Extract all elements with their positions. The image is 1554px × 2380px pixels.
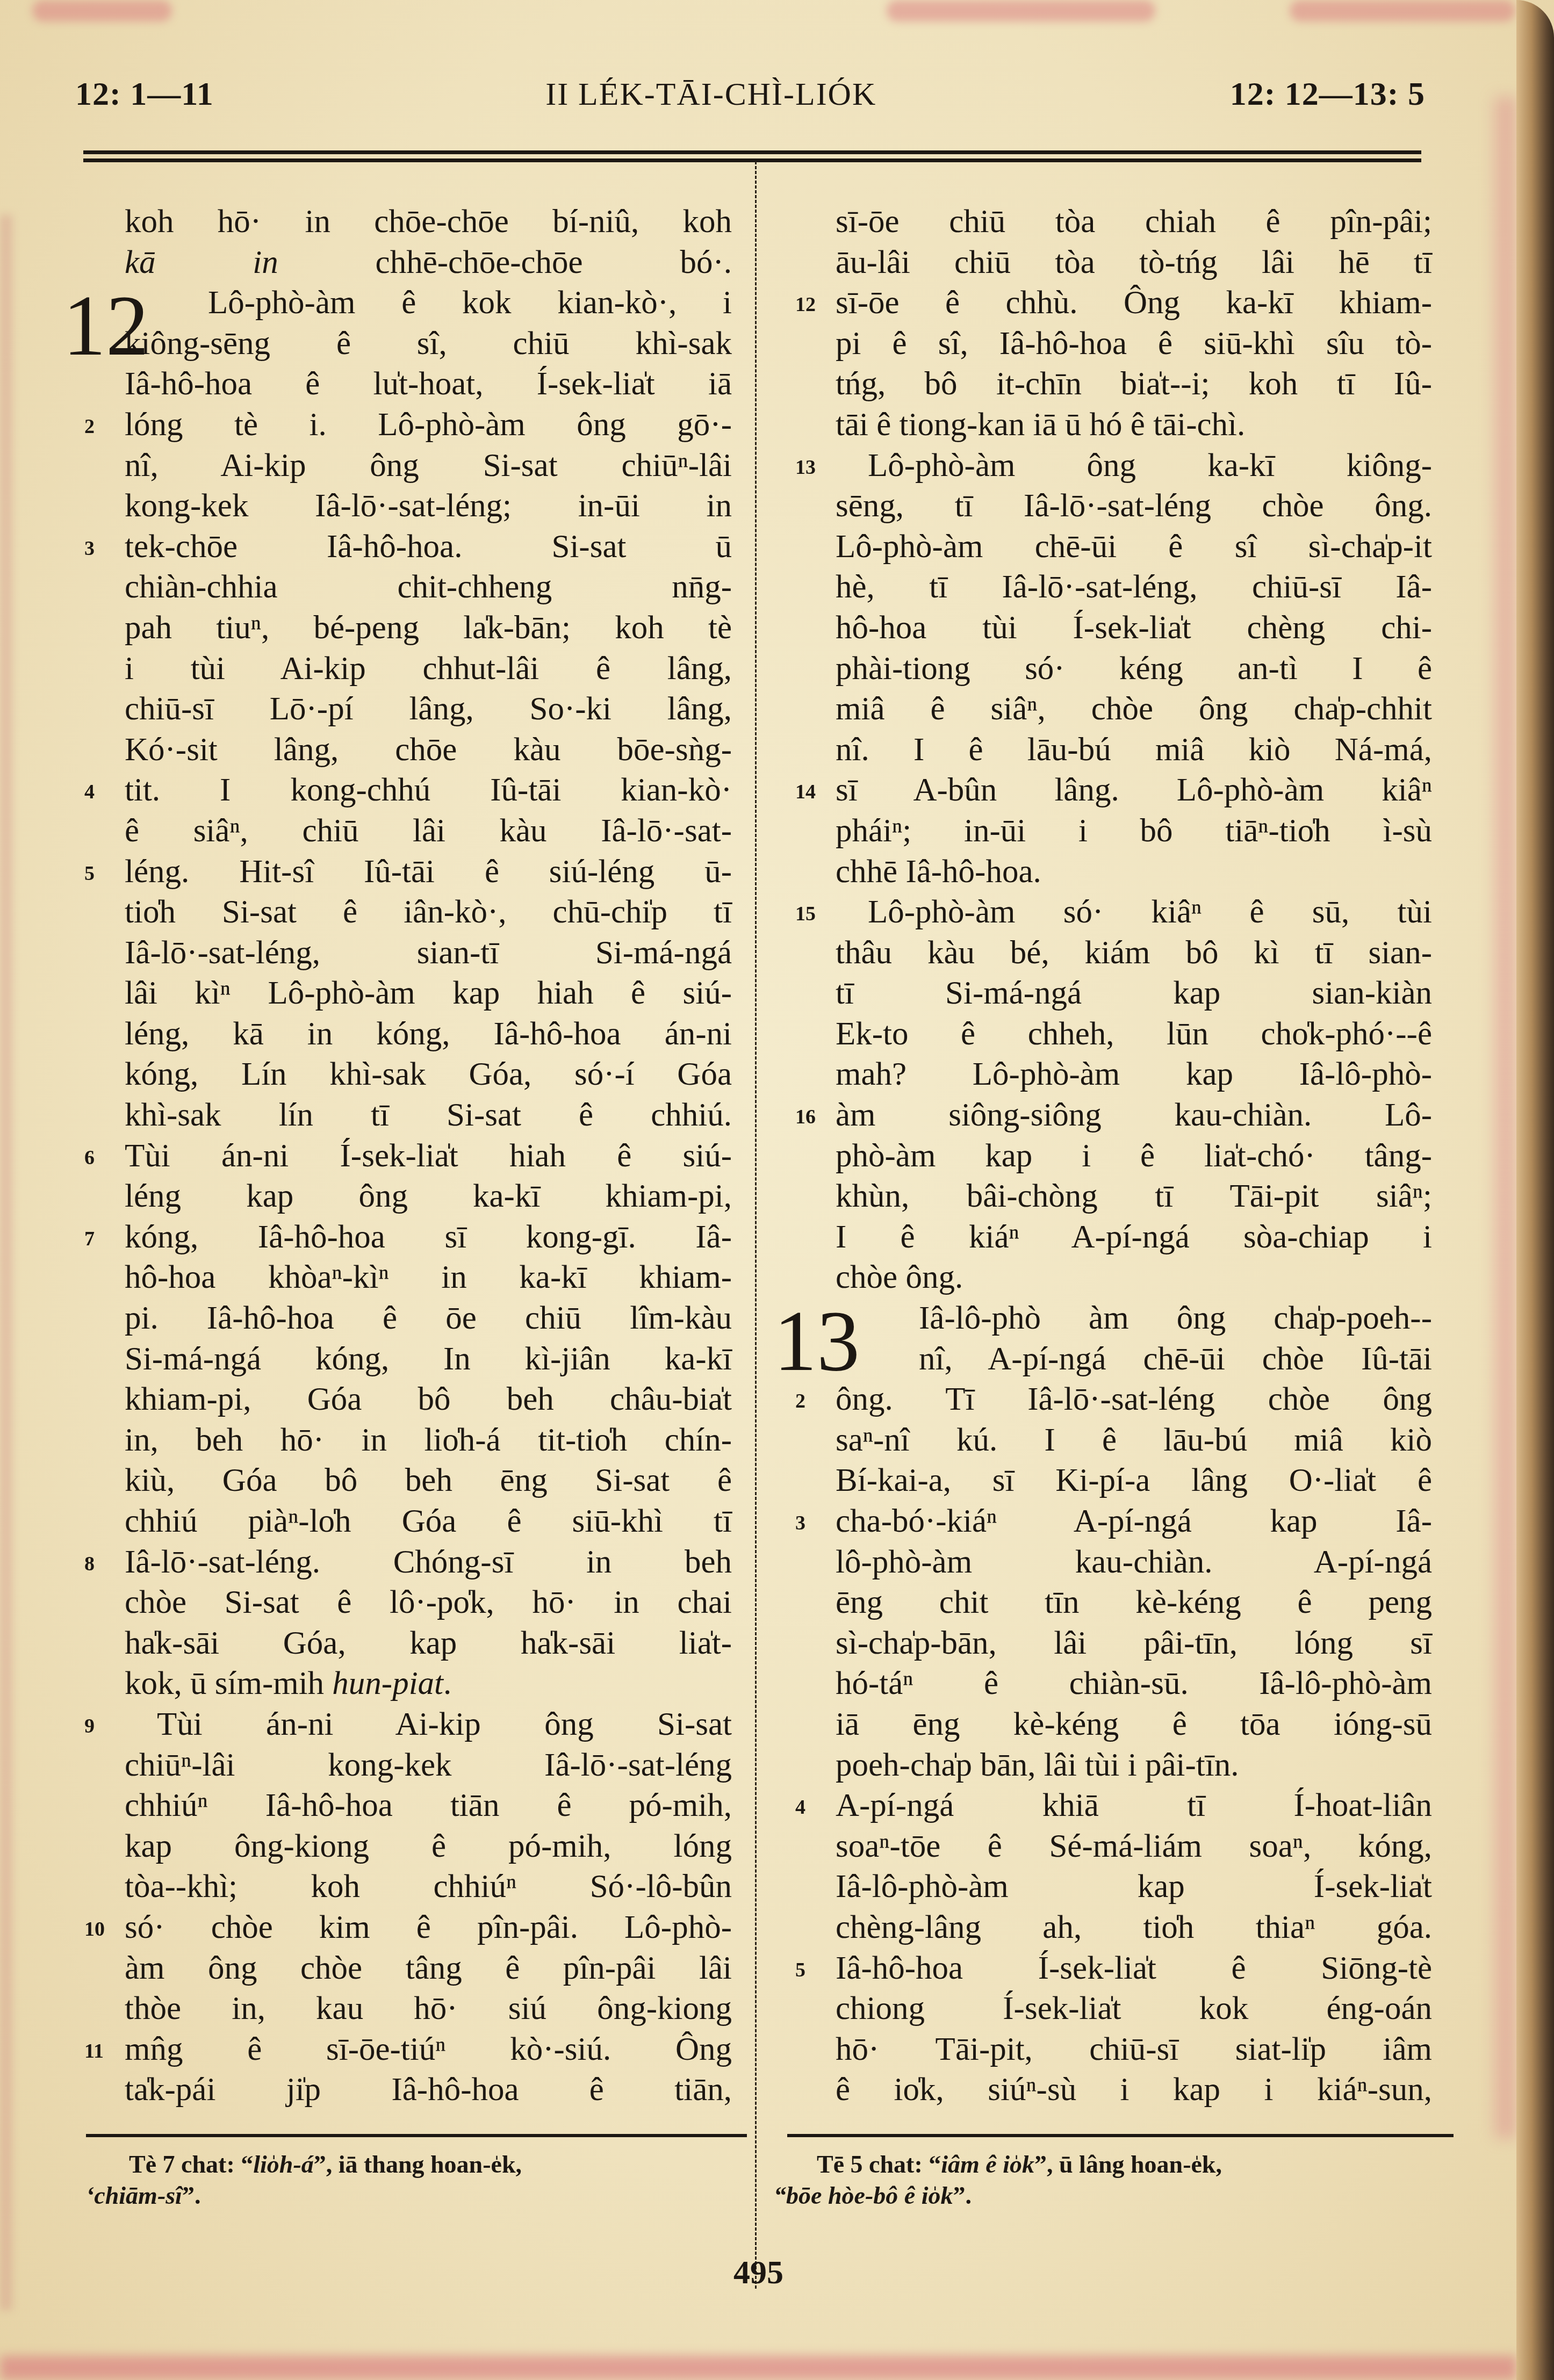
text-line: nî. I ê lāu-bú miâ kiò Ná-má, xyxy=(836,730,1432,770)
line-text: léng kap ông ka-kī khiam-pi, xyxy=(125,1178,732,1214)
text-line: 5léng. Hit-sî Iû-tāi ê siú-léng ū- xyxy=(125,852,732,892)
text-line: Ek-to ê chheh, lūn cho̍k-phó·--ê xyxy=(836,1014,1432,1055)
italic-text: kā in xyxy=(125,244,278,280)
line-text: kong-kek Iâ-lō·-sat-léng; in-ūi in xyxy=(125,488,732,524)
verse-number: 11 xyxy=(84,2031,104,2072)
line-text: iā ēng kè-kéng ê tōa ióng-sū xyxy=(836,1706,1432,1742)
text-line: I ê kiáⁿ A-pí-ngá sòa-chiap i xyxy=(836,1217,1432,1258)
line-text: ēng chit tīn kè-kéng ê peng xyxy=(836,1584,1432,1620)
text-line: sì-cha̍p-bān, lâi pâi-tīn, lóng sī xyxy=(836,1623,1432,1664)
line-text: sī A-bûn lâng. Lô-phò-àm kiâⁿ xyxy=(836,772,1432,808)
line-text: phò-àm kap i ê lia̍t-chó· tâng- xyxy=(836,1138,1432,1174)
text-line: Iâ-hô-hoa ê lu̍t-hoat, Í-sek-lia̍t iā xyxy=(125,364,732,405)
text-line: pháiⁿ; in-ūi i bô tiāⁿ-tio̍h ì-sù xyxy=(836,811,1432,852)
line-text: kóng, Iâ-hô-hoa sī kong-gī. Iâ- xyxy=(125,1219,732,1255)
line-text: chèng-lâng ah, tio̍h thiaⁿ góa. xyxy=(836,1909,1432,1945)
book-page: 12: 1—11 II LÉK-TĀI-CHÌ-LIÓK 12: 12—13: … xyxy=(0,0,1554,2380)
line-text: sēng, tī Iâ-lō·-sat-léng chòe ông. xyxy=(836,488,1432,524)
text-line: kong-kek Iâ-lō·-sat-léng; in-ūi in xyxy=(125,486,732,527)
text-line: hō· Tāi-pit, chiū-sī siat-li̍p iâm xyxy=(836,2029,1432,2070)
text-line: 8Iâ-lō·-sat-léng. Chóng-sī in beh xyxy=(125,1542,732,1583)
line-text: ê io̍k, siúⁿ-sù i kap i kiáⁿ-sun, xyxy=(836,2072,1432,2108)
verse-number: 14 xyxy=(795,772,816,813)
line-text: kiông-sēng ê sî, chiū khì-sak xyxy=(125,326,732,362)
text-line: kā in chhē-chōe-chōe bó·. xyxy=(125,242,732,283)
line-text: khùn, bâi-chòng tī Tāi-pit siâⁿ; xyxy=(836,1178,1432,1214)
verse-number: 7 xyxy=(84,1219,95,1260)
verse-number: 6 xyxy=(84,1138,95,1179)
line-text: kiù, Góa bô beh ēng Si-sat ê xyxy=(125,1462,732,1498)
line-text: pi. Iâ-hô-hoa ê ōe chiū lîm-kàu xyxy=(125,1300,732,1336)
text-line: 14sī A-bûn lâng. Lô-phò-àm kiâⁿ xyxy=(836,770,1432,811)
line-text: pah tiuⁿ, bé-peng la̍k-bān; koh tè xyxy=(125,610,732,646)
line-text: kok, ū sím-mih xyxy=(125,1665,332,1701)
text-line: iā ēng kè-kéng ê tōa ióng-sū xyxy=(836,1704,1432,1745)
text-line: 3cha-bó·-kiáⁿ A-pí-ngá kap Iâ- xyxy=(836,1501,1432,1542)
line-text: chiū-sī Lō·-pí lâng, So·-ki lâng, xyxy=(125,691,732,727)
line-text: tī Si-má-ngá kap sian-kiàn xyxy=(836,975,1432,1011)
line-text: phài-tiong só· kéng an-tì I ê xyxy=(836,651,1432,687)
text-line: tńg, bô it-chīn bia̍t--i; koh tī Iû- xyxy=(836,364,1432,405)
header-left-reference: 12: 1—11 xyxy=(75,75,214,113)
footnote-rule-right xyxy=(787,2134,1454,2137)
line-text: ta̍k-pái ji̍p Iâ-hô-hoa ê tiān, xyxy=(125,2072,732,2108)
line-text: i tùi Ai-kip chhut-lâi ê lâng, xyxy=(125,651,732,687)
left-text-column: koh hō· in chōe-chōe bí-niû, kohkā in ch… xyxy=(125,201,732,2110)
text-line: 4tit. I kong-chhú Iû-tāi kian-kò· xyxy=(125,770,732,811)
line-text: kóng, Lín khì-sak Góa, só·-í Góa xyxy=(125,1056,732,1092)
text-line: ê io̍k, siúⁿ-sù i kap i kiáⁿ-sun, xyxy=(836,2069,1432,2110)
text-line: lâi kìⁿ Lô-phò-àm kap hiah ê siú- xyxy=(125,973,732,1014)
line-text: kap ông-kiong ê pó-mih, lóng xyxy=(125,1828,732,1864)
footnote-italic-term: ‘chiām-sî xyxy=(86,2182,182,2209)
text-line: ha̍k-sāi Góa, kap ha̍k-sāi lia̍t- xyxy=(125,1623,732,1664)
text-line: saⁿ-nî kú. I ê lāu-bú miâ kiò xyxy=(836,1420,1432,1461)
text-line: nî, A-pí-ngá chē-ūi chòe Iû-tāi xyxy=(836,1339,1432,1380)
line-text: mah? Lô-phò-àm kap Iâ-lô-phò- xyxy=(836,1056,1432,1092)
verse-number: 8 xyxy=(84,1544,95,1585)
text-line: phò-àm kap i ê lia̍t-chó· tâng- xyxy=(836,1136,1432,1177)
text-line: 15Lô-phò-àm só· kiâⁿ ê sū, tùi xyxy=(836,892,1432,933)
line-text: nî, A-pí-ngá chē-ūi chòe Iû-tāi xyxy=(919,1341,1432,1377)
text-line: pi ê sî, Iâ-hô-hoa ê siū-khì sîu tò- xyxy=(836,323,1432,364)
text-line: hô-hoa tùi Í-sek-lia̍t chèng chi- xyxy=(836,608,1432,648)
line-text: Lô-phò-àm ê kok kian-kò·, i xyxy=(208,285,732,321)
text-line: Iâ-lō·-sat-léng, sian-tī Si-má-ngá xyxy=(125,933,732,973)
text-line: 13Lô-phò-àm ông ka-kī kiông- xyxy=(836,445,1432,486)
text-line: thòe in, kau hō· siú ông-kiong xyxy=(125,1988,732,2029)
footnote-text: ”. xyxy=(953,2182,972,2209)
text-line: Bí-kai-a, sī Ki-pí-a lâng O·-lia̍t ê xyxy=(836,1460,1432,1501)
footnote-text: ”, iā thang hoan-e̍k, xyxy=(314,2151,522,2178)
line-text: in, beh hō· in lio̍h-á tit-tio̍h chín- xyxy=(125,1422,732,1458)
line-text: Bí-kai-a, sī Ki-pí-a lâng O·-lia̍t ê xyxy=(836,1462,1432,1498)
verse-number: 9 xyxy=(84,1706,95,1747)
footnote-text: ”. xyxy=(182,2182,201,2209)
footnote-text: ”, ū lâng hoan-e̍k, xyxy=(1034,2151,1222,2178)
verse-number: 5 xyxy=(84,854,95,895)
footnote-left: Tè 7 chat: “lio̍h-á”, iā thang hoan-e̍k,… xyxy=(86,2149,747,2211)
page-edge-stain-bottom xyxy=(0,2356,1516,2380)
text-line: hô-hoa khòaⁿ-kìⁿ in ka-kī khiam- xyxy=(125,1257,732,1298)
line-text: chiūⁿ-lâi kong-kek Iâ-lō·-sat-léng xyxy=(125,1747,732,1783)
verse-number: 2 xyxy=(84,407,95,448)
text-line: Si-má-ngá kóng, In kì-jiân ka-kī xyxy=(125,1339,732,1380)
line-text: tit. I kong-chhú Iû-tāi kian-kò· xyxy=(125,772,732,808)
text-line: tio̍h Si-sat ê iân-kò·, chū-chi̍p tī xyxy=(125,892,732,933)
page-edge-stain-top-left xyxy=(32,0,172,21)
verse-number: 5 xyxy=(795,1950,805,1991)
text-line: soaⁿ-tōe ê Sé-má-liám soaⁿ, kóng, xyxy=(836,1826,1432,1867)
text-line: mah? Lô-phò-àm kap Iâ-lô-phò- xyxy=(836,1054,1432,1095)
text-line: léng, kā in kóng, Iâ-hô-hoa án-ni xyxy=(125,1014,732,1055)
text-line: phài-tiong só· kéng an-tì I ê xyxy=(836,648,1432,689)
text-line: 7kóng, Iâ-hô-hoa sī kong-gī. Iâ- xyxy=(125,1217,732,1258)
text-line: 9Tùi án-ni Ai-kip ông Si-sat xyxy=(125,1704,732,1745)
verse-number: 15 xyxy=(795,894,816,935)
line-text: hó-táⁿ ê chiàn-sū. Iâ-lô-phò-àm xyxy=(836,1665,1432,1701)
text-line: i tùi Ai-kip chhut-lâi ê lâng, xyxy=(125,648,732,689)
text-line: chèng-lâng ah, tio̍h thiaⁿ góa. xyxy=(836,1907,1432,1948)
line-text: Lô-phò-àm chē-ūi ê sî sì-cha̍p-it xyxy=(836,529,1432,565)
line-text: sī-ōe chiū tòa chiah ê pîn-pâi; xyxy=(836,204,1432,240)
verse-number: 2 xyxy=(795,1381,805,1422)
line-text: Lô-phò-àm ông ka-kī kiông- xyxy=(868,448,1432,484)
text-line: ê siâⁿ, chiū lâi kàu Iâ-lō·-sat- xyxy=(125,811,732,852)
text-line: lô-phò-àm kau-chiàn. A-pí-ngá xyxy=(836,1542,1432,1583)
text-line: 12sī-ōe ê chhù. Ông ka-kī khiam- xyxy=(836,283,1432,323)
book-binding-edge xyxy=(1516,0,1554,2380)
text-line: léng kap ông ka-kī khiam-pi, xyxy=(125,1176,732,1217)
line-text: mn̂g ê sī-ōe-tiúⁿ kò·-siú. Ông xyxy=(125,2031,732,2067)
line-text: Iâ-lō·-sat-léng, sian-tī Si-má-ngá xyxy=(125,935,732,971)
line-text: hô-hoa tùi Í-sek-lia̍t chèng chi- xyxy=(836,610,1432,646)
text-line: chhē Iâ-hô-hoa. xyxy=(836,852,1432,892)
text-line: pi. Iâ-hô-hoa ê ōe chiū lîm-kàu xyxy=(125,1298,732,1339)
text-line: sī-ōe chiū tòa chiah ê pîn-pâi; xyxy=(836,201,1432,242)
footnote-italic-term: “bōe hòe-bô ê io̍k xyxy=(774,2182,953,2209)
text-line: ta̍k-pái ji̍p Iâ-hô-hoa ê tiān, xyxy=(125,2069,732,2110)
text-line: khì-sak lín tī Si-sat ê chhiú. xyxy=(125,1095,732,1136)
line-text: nî. I ê lāu-bú miâ kiò Ná-má, xyxy=(836,732,1432,768)
line-text: àm siông-siông kau-chiàn. Lô- xyxy=(836,1097,1432,1133)
text-line: tī Si-má-ngá kap sian-kiàn xyxy=(836,973,1432,1014)
line-text: Iâ-lô-phò àm ông cha̍p-poeh-- xyxy=(919,1300,1432,1336)
verse-number: 13 xyxy=(795,448,816,488)
text-line: 10só· chòe kim ê pîn-pâi. Lô-phò- xyxy=(125,1907,732,1948)
text-line: 12Lô-phò-àm ê kok kian-kò·, i xyxy=(125,283,732,323)
line-text: Iâ-lô-phò-àm kap Í-sek-lia̍t xyxy=(836,1869,1432,1905)
text-line: 5Iâ-hô-hoa Í-sek-lia̍t ê Siōng-tè xyxy=(836,1948,1432,1989)
line-text: khiam-pi, Góa bô beh châu-bia̍t xyxy=(125,1381,732,1417)
line-text: pi ê sî, Iâ-hô-hoa ê siū-khì sîu tò- xyxy=(836,326,1432,362)
text-line: 16àm siông-siông kau-chiàn. Lô- xyxy=(836,1095,1432,1136)
text-line: kok, ū sím-mih hun-piat. xyxy=(125,1663,732,1704)
line-text: thòe in, kau hō· siú ông-kiong xyxy=(125,1990,732,2026)
verse-number: 3 xyxy=(795,1503,805,1544)
verse-number: 4 xyxy=(795,1787,805,1828)
text-line: chhiúⁿ Iâ-hô-hoa tiān ê pó-mih, xyxy=(125,1785,732,1826)
text-line: 2lóng tè i. Lô-phò-àm ông gō·- xyxy=(125,405,732,445)
text-line: kiù, Góa bô beh ēng Si-sat ê xyxy=(125,1460,732,1501)
line-text: Kó·-sit lâng, chōe kàu bōe-sǹg- xyxy=(125,732,732,768)
text-line: ēng chit tīn kè-kéng ê peng xyxy=(836,1582,1432,1623)
line-text: . xyxy=(443,1665,451,1701)
line-text: chiong Í-sek-lia̍t kok éng-oán xyxy=(836,1990,1432,2026)
line-text: miâ ê siâⁿ, chòe ông cha̍p-chhit xyxy=(836,691,1432,727)
running-header: 12: 1—11 II LÉK-TĀI-CHÌ-LIÓK 12: 12—13: … xyxy=(75,70,1425,118)
footnote-rule-left xyxy=(86,2134,747,2137)
text-line: chiong Í-sek-lia̍t kok éng-oán xyxy=(836,1988,1432,2029)
text-line: chiūⁿ-lâi kong-kek Iâ-lō·-sat-léng xyxy=(125,1745,732,1786)
line-text: āu-lâi chiū tòa tò-tńg lâi hē tī xyxy=(836,244,1432,280)
line-text: hè, tī Iâ-lō·-sat-léng, chiū-sī Iâ- xyxy=(836,569,1432,605)
line-text: koh hō· in chōe-chōe bí-niû, koh xyxy=(125,204,732,240)
line-text: Tùi án-ni Í-sek-lia̍t hiah ê siú- xyxy=(125,1138,732,1174)
text-line: 11mn̂g ê sī-ōe-tiúⁿ kò·-siú. Ông xyxy=(125,2029,732,2070)
line-text: soaⁿ-tōe ê Sé-má-liám soaⁿ, kóng, xyxy=(836,1828,1432,1864)
line-text: Ek-to ê chheh, lūn cho̍k-phó·--ê xyxy=(836,1016,1432,1052)
text-line: poeh-cha̍p bān, lâi tùi i pâi-tīn. xyxy=(836,1745,1432,1786)
footnote-right: Tē 5 chat: “iâm ê io̍k”, ū lâng hoan-e̍k… xyxy=(774,2149,1456,2211)
text-line: chòe Si-sat ê lô·-po̍k, hō· in chai xyxy=(125,1582,732,1623)
text-line: chhiú piàⁿ-lo̍h Góa ê siū-khì tī xyxy=(125,1501,732,1542)
text-line: tāi ê tiong-kan iā ū hó ê tāi-chì. xyxy=(836,405,1432,445)
line-text: I ê kiáⁿ A-pí-ngá sòa-chiap i xyxy=(836,1219,1432,1255)
text-line: 4A-pí-ngá khiā tī Í-hoat-liân xyxy=(836,1785,1432,1826)
line-text: Si-má-ngá kóng, In kì-jiân ka-kī xyxy=(125,1341,732,1377)
verse-number: 12 xyxy=(795,285,816,326)
text-line: chiàn-chhia chit-chheng nn̄g- xyxy=(125,567,732,608)
page-edge-stain-right xyxy=(1495,97,1516,2138)
line-text: chiàn-chhia chit-chheng nn̄g- xyxy=(125,569,732,605)
text-line: chiū-sī Lō·-pí lâng, So·-ki lâng, xyxy=(125,689,732,730)
verse-number: 3 xyxy=(84,529,95,569)
page-number: 495 xyxy=(733,2254,783,2292)
footnote-italic-term: iâm ê io̍k xyxy=(941,2151,1034,2178)
text-line: 13Iâ-lô-phò àm ông cha̍p-poeh-- xyxy=(836,1298,1432,1339)
line-text: léng. Hit-sî Iû-tāi ê siú-léng ū- xyxy=(125,854,732,890)
line-text: sī-ōe ê chhù. Ông ka-kī khiam- xyxy=(836,285,1432,321)
line-text: tio̍h Si-sat ê iân-kò·, chū-chi̍p tī xyxy=(125,894,732,930)
line-text: chhē Iâ-hô-hoa. xyxy=(836,854,1041,890)
text-line: 6Tùi án-ni Í-sek-lia̍t hiah ê siú- xyxy=(125,1136,732,1177)
text-line: Kó·-sit lâng, chōe kàu bōe-sǹg- xyxy=(125,730,732,770)
line-text: hô-hoa khòaⁿ-kìⁿ in ka-kī khiam- xyxy=(125,1259,732,1295)
line-text: Tùi án-ni Ai-kip ông Si-sat xyxy=(157,1706,732,1742)
line-text: lóng tè i. Lô-phò-àm ông gō·- xyxy=(125,407,732,443)
line-text: thâu kàu bé, kiám bô kì tī sian- xyxy=(836,935,1432,971)
line-text: sì-cha̍p-bān, lâi pâi-tīn, lóng sī xyxy=(836,1625,1432,1661)
page-edge-stain-top-right xyxy=(1290,0,1515,21)
line-text: khì-sak lín tī Si-sat ê chhiú. xyxy=(125,1097,732,1133)
line-text: poeh-cha̍p bān, lâi tùi i pâi-tīn. xyxy=(836,1747,1239,1783)
text-line: tòa--khì; koh chhiúⁿ Só·-lô-bûn xyxy=(125,1866,732,1907)
line-text: tāi ê tiong-kan iā ū hó ê tāi-chì. xyxy=(836,407,1245,443)
line-text: Iâ-lō·-sat-léng. Chóng-sī in beh xyxy=(125,1544,732,1580)
text-line: pah tiuⁿ, bé-peng la̍k-bān; koh tè xyxy=(125,608,732,648)
line-text: cha-bó·-kiáⁿ A-pí-ngá kap Iâ- xyxy=(836,1503,1432,1539)
text-line: àm ông chòe tâng ê pîn-pâi lâi xyxy=(125,1948,732,1989)
footnote-text: Tē 5 chat: “ xyxy=(817,2151,941,2178)
column-divider xyxy=(755,161,757,2289)
footnote-text: Tè 7 chat: “ xyxy=(129,2151,253,2178)
line-text: A-pí-ngá khiā tī Í-hoat-liân xyxy=(836,1787,1432,1823)
line-text: nî, Ai-kip ông Si-sat chiūⁿ-lâi xyxy=(125,448,732,484)
line-text: ê siâⁿ, chiū lâi kàu Iâ-lō·-sat- xyxy=(125,813,732,849)
line-text: chòe Si-sat ê lô·-po̍k, hō· in chai xyxy=(125,1584,732,1620)
header-double-rule xyxy=(83,150,1421,162)
italic-text: hun-piat xyxy=(332,1665,443,1701)
line-text: ông. Tī Iâ-lō·-sat-léng chòe ông xyxy=(836,1381,1432,1417)
text-line: khiam-pi, Góa bô beh châu-bia̍t xyxy=(125,1379,732,1420)
verse-number: 4 xyxy=(84,772,95,813)
header-book-title: II LÉK-TĀI-CHÌ-LIÓK xyxy=(545,76,876,113)
line-text: chhiúⁿ Iâ-hô-hoa tiān ê pó-mih, xyxy=(125,1787,732,1823)
line-text: àm ông chòe tâng ê pîn-pâi lâi xyxy=(125,1950,732,1986)
text-line: kap ông-kiong ê pó-mih, lóng xyxy=(125,1826,732,1867)
header-right-reference: 12: 12—13: 5 xyxy=(1230,75,1425,113)
line-text: chòe ông. xyxy=(836,1259,963,1295)
line-text: chhiú piàⁿ-lo̍h Góa ê siū-khì tī xyxy=(125,1503,732,1539)
text-line: sēng, tī Iâ-lō·-sat-léng chòe ông. xyxy=(836,486,1432,527)
text-line: kiông-sēng ê sî, chiū khì-sak xyxy=(125,323,732,364)
text-line: miâ ê siâⁿ, chòe ông cha̍p-chhit xyxy=(836,689,1432,730)
text-line: Iâ-lô-phò-àm kap Í-sek-lia̍t xyxy=(836,1866,1432,1907)
page-edge-stain-top-mid xyxy=(887,0,1155,21)
line-text: tńg, bô it-chīn bia̍t--i; koh tī Iû- xyxy=(836,366,1432,402)
page-edge-stain-left xyxy=(0,215,12,2310)
text-line: nî, Ai-kip ông Si-sat chiūⁿ-lâi xyxy=(125,445,732,486)
line-text: Iâ-hô-hoa ê lu̍t-hoat, Í-sek-lia̍t iā xyxy=(125,366,732,402)
line-text: Lô-phò-àm só· kiâⁿ ê sū, tùi xyxy=(868,894,1432,930)
line-text: pháiⁿ; in-ūi i bô tiāⁿ-tio̍h ì-sù xyxy=(836,813,1432,849)
text-line: 3tek-chōe Iâ-hô-hoa. Si-sat ū xyxy=(125,527,732,567)
line-text: hō· Tāi-pit, chiū-sī siat-li̍p iâm xyxy=(836,2031,1432,2067)
text-line: chòe ông. xyxy=(836,1257,1432,1298)
line-text: lâi kìⁿ Lô-phò-àm kap hiah ê siú- xyxy=(125,975,732,1011)
line-text: léng, kā in kóng, Iâ-hô-hoa án-ni xyxy=(125,1016,732,1052)
text-line: in, beh hō· in lio̍h-á tit-tio̍h chín- xyxy=(125,1420,732,1461)
footnote-italic-term: lio̍h-á xyxy=(253,2151,313,2178)
text-line: kóng, Lín khì-sak Góa, só·-í Góa xyxy=(125,1054,732,1095)
text-line: thâu kàu bé, kiám bô kì tī sian- xyxy=(836,933,1432,973)
text-line: khùn, bâi-chòng tī Tāi-pit siâⁿ; xyxy=(836,1176,1432,1217)
text-line: āu-lâi chiū tòa tò-tńg lâi hē tī xyxy=(836,242,1432,283)
text-line: hó-táⁿ ê chiàn-sū. Iâ-lô-phò-àm xyxy=(836,1663,1432,1704)
text-line: Lô-phò-àm chē-ūi ê sî sì-cha̍p-it xyxy=(836,527,1432,567)
text-line: hè, tī Iâ-lō·-sat-léng, chiū-sī Iâ- xyxy=(836,567,1432,608)
line-text: tòa--khì; koh chhiúⁿ Só·-lô-bûn xyxy=(125,1869,732,1905)
text-line: 2ông. Tī Iâ-lō·-sat-léng chòe ông xyxy=(836,1379,1432,1420)
text-line: koh hō· in chōe-chōe bí-niû, koh xyxy=(125,201,732,242)
right-text-column: sī-ōe chiū tòa chiah ê pîn-pâi;āu-lâi ch… xyxy=(836,201,1432,2110)
line-text: Iâ-hô-hoa Í-sek-lia̍t ê Siōng-tè xyxy=(836,1950,1432,1986)
line-text: saⁿ-nî kú. I ê lāu-bú miâ kiò xyxy=(836,1422,1432,1458)
line-text: ha̍k-sāi Góa, kap ha̍k-sāi lia̍t- xyxy=(125,1625,732,1661)
line-text: só· chòe kim ê pîn-pâi. Lô-phò- xyxy=(125,1909,732,1945)
line-text: chhē-chōe-chōe bó·. xyxy=(278,244,732,280)
verse-number: 10 xyxy=(84,1909,105,1950)
line-text: lô-phò-àm kau-chiàn. A-pí-ngá xyxy=(836,1544,1432,1580)
verse-number: 16 xyxy=(795,1097,816,1138)
line-text: tek-chōe Iâ-hô-hoa. Si-sat ū xyxy=(125,529,732,565)
